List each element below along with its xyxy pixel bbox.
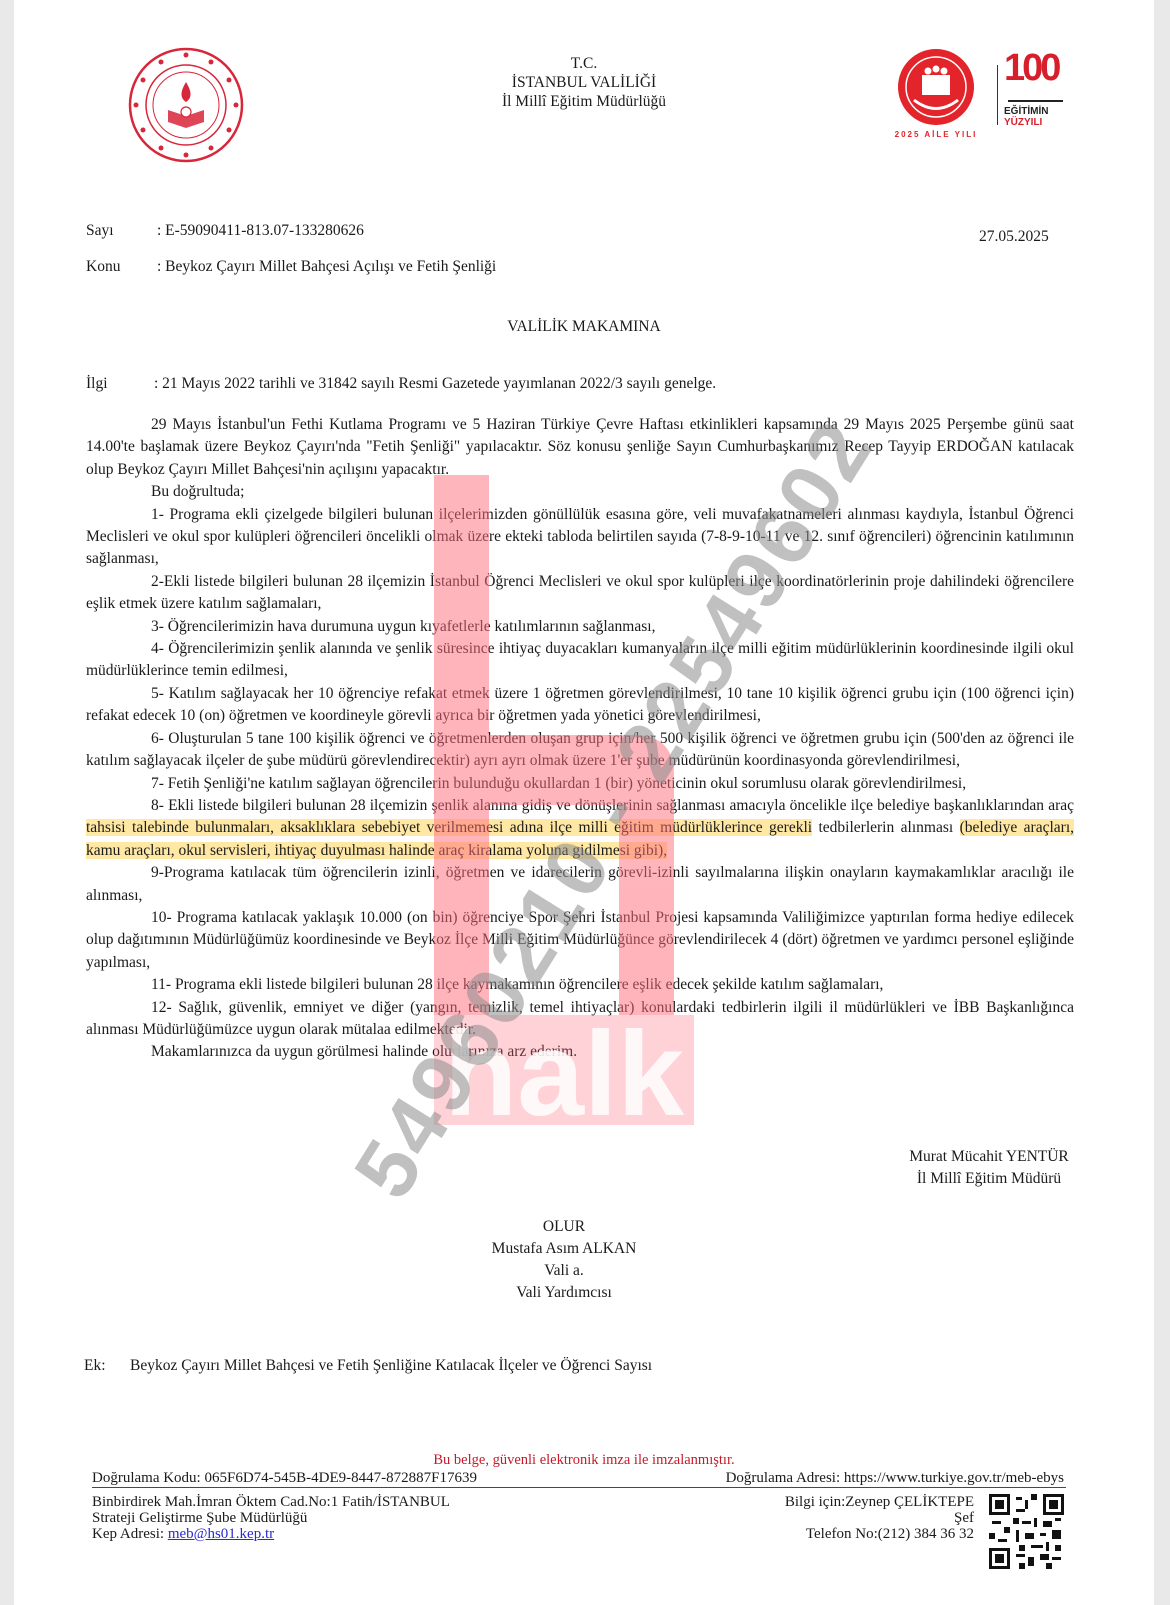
item-3: 3- Öğrencilerimizin hava durumuna uygun … xyxy=(86,616,1074,638)
approval-block: OLUR Mustafa Asım ALKAN Vali a. Vali Yar… xyxy=(434,1216,694,1304)
item-2: 2-Ekli listede bilgileri bulunan 28 ilçe… xyxy=(86,571,1074,616)
item-11: 11- Programa ekli listede bilgileri bulu… xyxy=(86,974,1074,996)
attachment-text: Beykoz Çayırı Millet Bahçesi ve Fetih Şe… xyxy=(130,1355,652,1377)
item-1: 1- Programa ekli çizelgede bilgileri bul… xyxy=(86,504,1074,571)
sayi-label: Sayı xyxy=(86,220,114,242)
book-icon xyxy=(1008,90,1063,102)
signer-name: Murat Mücahit YENTÜR xyxy=(864,1146,1114,1168)
kep-email-link[interactable]: meb@hs01.kep.tr xyxy=(168,1526,274,1542)
item-9: 9-Programa katılacak tüm öğrencilerin iz… xyxy=(86,862,1074,907)
addressee: VALİLİK MAKAMINA xyxy=(14,316,1154,338)
ilgi-label: İlgi xyxy=(86,373,108,395)
intro-paragraph: 29 Mayıs İstanbul'un Fethi Kutlama Progr… xyxy=(86,414,1074,481)
item-5: 5- Katılım sağlayacak her 10 öğrenciye r… xyxy=(86,683,1074,728)
verification-address[interactable]: Doğrulama Adresi: https://www.turkiye.go… xyxy=(726,1470,1064,1486)
logo-divider xyxy=(997,65,998,125)
item-8: 8- Ekli listede bilgileri bulunan 28 ilç… xyxy=(86,795,1074,862)
qr-code-icon[interactable] xyxy=(989,1494,1064,1569)
letter-body: 29 Mayıs İstanbul'un Fethi Kutlama Progr… xyxy=(86,414,1074,1064)
svg-text:2025 AİLE YILI: 2025 AİLE YILI xyxy=(895,130,978,139)
document-date: 27.05.2025 xyxy=(979,226,1049,248)
info-contact: Bilgi için:Zeynep ÇELİKTEPE xyxy=(785,1494,974,1510)
konu-label: Konu xyxy=(86,256,120,278)
letterhead-tc: T.C. xyxy=(354,54,814,73)
letterhead: T.C. İSTANBUL VALİLİĞİ İl Millî Eğitim M… xyxy=(354,54,814,111)
meb-emblem-icon xyxy=(126,40,246,170)
item-8-text-a: 8- Ekli listede bilgileri bulunan 28 ilç… xyxy=(151,797,1074,814)
info-phone: Telefon No:(212) 384 36 32 xyxy=(806,1526,974,1542)
verification-code: Doğrulama Kodu: 065F6D74-545B-4DE9-8447-… xyxy=(92,1470,477,1486)
item-4: 4- Öğrencilerimizin şenlik alanında ve ş… xyxy=(86,638,1074,683)
item-8-highlight-a: tahsisi talebinde bulunmaları, aksaklıkl… xyxy=(86,819,812,836)
footer-kep: Kep Adresi: meb@hs01.kep.tr xyxy=(92,1526,274,1542)
approval-role-2: Vali Yardımcısı xyxy=(434,1282,694,1304)
approval-name: Mustafa Asım ALKAN xyxy=(434,1238,694,1260)
egitim-100-number: 100 xyxy=(1004,48,1074,88)
egitimin-word: EĞİTİMİN xyxy=(1004,106,1074,117)
signer-title: İl Millî Eğitim Müdürü xyxy=(864,1168,1114,1190)
item-12: 12- Sağlık, güvenlik, emniyet ve diğer (… xyxy=(86,997,1074,1042)
approval-role-1: Vali a. xyxy=(434,1260,694,1282)
footer-unit: Strateji Geliştirme Şube Müdürlüğü xyxy=(92,1510,307,1526)
ilgi-value: : 21 Mayıs 2022 tarihli ve 31842 sayılı … xyxy=(154,373,716,395)
item-6: 6- Oluşturulan 5 tane 100 kişilik öğrenc… xyxy=(86,728,1074,773)
signer-block: Murat Mücahit YENTÜR İl Millî Eğitim Müd… xyxy=(864,1146,1114,1190)
sayi-value: : E-59090411-813.07-133280626 xyxy=(157,220,364,242)
konu-value: : Beykoz Çayırı Millet Bahçesi Açılışı v… xyxy=(157,256,496,278)
lead-line: Bu doğrultuda; xyxy=(86,481,1074,503)
egitimin-yuzyili-logo: 100 EĞİTİMİN YÜZYILI xyxy=(1004,48,1074,138)
footer-divider xyxy=(92,1487,1066,1488)
aile-yili-2025-icon: 2025 AİLE YILI xyxy=(892,45,980,140)
approval-olur: OLUR xyxy=(434,1216,694,1238)
footer-address: Binbirdirek Mah.İmran Öktem Cad.No:1 Fat… xyxy=(92,1494,450,1510)
letterhead-valilik: İSTANBUL VALİLİĞİ xyxy=(354,73,814,92)
yuzyili-word: YÜZYILI xyxy=(1004,117,1074,128)
esign-notice: Bu belge, güvenli elektronik imza ile im… xyxy=(14,1452,1154,1469)
document-page: T.C. İSTANBUL VALİLİĞİ İl Millî Eğitim M… xyxy=(14,0,1154,1605)
kep-label: Kep Adresi: xyxy=(92,1526,168,1542)
info-title: Şef xyxy=(954,1510,974,1526)
attachment-label: Ek: xyxy=(84,1355,106,1377)
closing-line: Makamlarınızca da uygun görülmesi halind… xyxy=(86,1041,1074,1063)
letterhead-mudurluk: İl Millî Eğitim Müdürlüğü xyxy=(354,92,814,111)
item-8-text-b: tedbilerlerin alınması xyxy=(812,819,960,836)
item-7: 7- Fetih Şenliği'ne katılım sağlayan öğr… xyxy=(86,773,1074,795)
item-10: 10- Programa katılacak yaklaşık 10.000 (… xyxy=(86,907,1074,974)
